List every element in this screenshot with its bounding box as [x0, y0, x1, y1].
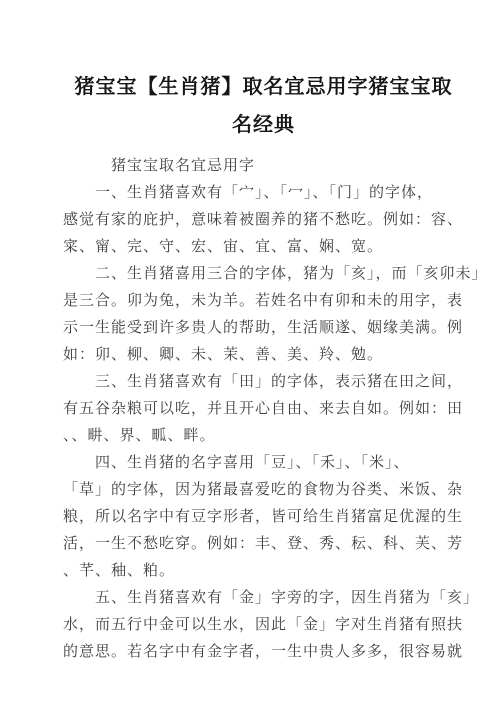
paragraph-1-line-1: 一、生肖猪喜欢有「宀」、「冖」、「门」的字体， — [63, 180, 464, 207]
document-title: 猪宝宝【生肖猪】取名宜忌用字猪宝宝取 名经典 — [63, 68, 464, 144]
paragraph-3-line-3: 、、畊、界、畖、畔。 — [63, 423, 464, 450]
paragraph-3-line-2: 有五谷杂粮可以吃，并且开心自由、来去自如。例如：田 — [63, 396, 464, 423]
paragraph-1-line-2: 感觉有家的庇护，意味着被圈养的猪不愁吃。例如：容、 — [63, 207, 464, 234]
paragraph-4-line-4: 活，一生不愁吃穿。例如：丰、登、秀、秐、科、芙、芳 — [63, 531, 464, 558]
paragraph-4-line-1: 四、生肖猪的名字喜用「豆」、「禾」、「米」、 — [63, 450, 464, 477]
paragraph-5-line-2: 水，而五行中金可以生水，因此「金」字对生肖猪有照扶 — [63, 612, 464, 639]
paragraph-1-line-3: 寀、甯、完、守、宏、宙、宜、富、娴、宽。 — [63, 234, 464, 261]
document-content: 猪宝宝【生肖猪】取名宜忌用字猪宝宝取 名经典 猪宝宝取名宜忌用字 一、生肖猪喜欢… — [0, 68, 500, 666]
paragraph-2-line-2: 是三合。卯为兔，未为羊。若姓名中有卯和未的用字，表 — [63, 288, 464, 315]
paragraph-5-line-1: 五、生肖猪喜欢有「金」字旁的字，因生肖猪为「亥」 — [63, 585, 464, 612]
paragraphs-container: 一、生肖猪喜欢有「宀」、「冖」、「门」的字体，感觉有家的庇护，意味着被圈养的猪不… — [63, 180, 464, 666]
paragraph-5-line-3: 的意思。若名字中有金字者，一生中贵人多多，很容易就 — [63, 639, 464, 666]
paragraph-4-line-2: 「草」的字体，因为猪最喜爱吃的食物为谷类、米饭、杂 — [63, 477, 464, 504]
paragraph-2-line-4: 如：卯、柳、卿、未、茉、善、美、羚、勉。 — [63, 342, 464, 369]
intro-line: 猪宝宝取名宜忌用字 — [63, 153, 464, 180]
title-line-1: 猪宝宝【生肖猪】取名宜忌用字猪宝宝取 — [63, 68, 464, 106]
title-line-2: 名经典 — [63, 106, 464, 144]
paragraph-4-line-3: 粮，所以名字中有豆字形者，皆可给生肖猪富足优渥的生 — [63, 504, 464, 531]
paragraph-3-line-1: 三、生肖猪喜欢有「田」的字体，表示猪在田之间， — [63, 369, 464, 396]
paragraph-2-line-1: 二、生肖猪喜用三合的字体，猪为「亥」，而「亥卯未」 — [63, 261, 464, 288]
document-page: 猪宝宝【生肖猪】取名宜忌用字猪宝宝取 名经典 猪宝宝取名宜忌用字 一、生肖猪喜欢… — [0, 0, 500, 708]
paragraph-4-line-5: 、芊、秞、粕。 — [63, 558, 464, 585]
document-body: 猪宝宝取名宜忌用字 一、生肖猪喜欢有「宀」、「冖」、「门」的字体，感觉有家的庇护… — [63, 153, 464, 666]
paragraph-2-line-3: 示一生能受到许多贵人的帮助，生活顺遂、姻缘美满。例 — [63, 315, 464, 342]
